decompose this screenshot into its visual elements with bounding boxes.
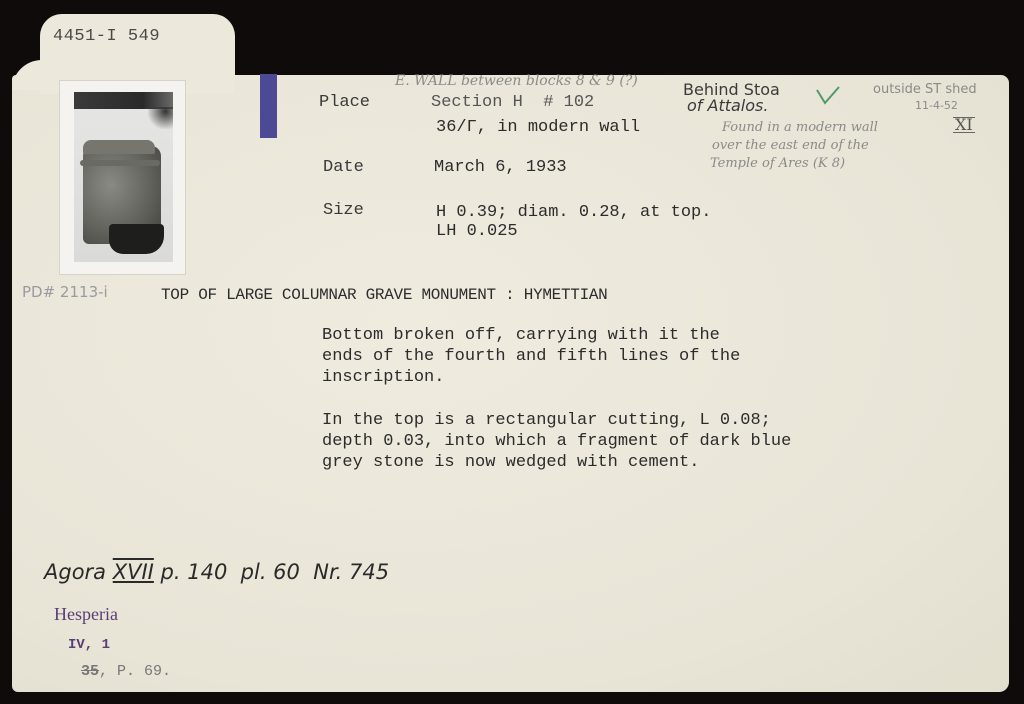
hesperia-number: 35 <box>81 663 99 680</box>
photo-stone-top <box>83 140 155 154</box>
agora-prefix: Agora <box>44 560 113 584</box>
hesperia-stamp: Hesperia <box>54 604 118 625</box>
hesperia-volume: IV, 1 <box>68 637 110 653</box>
agora-suffix: p. 140 pl. 60 Nr. 745 <box>154 560 389 584</box>
description-line-2: ends of the fourth and fifth lines of th… <box>322 346 740 367</box>
object-photo <box>59 80 186 275</box>
photo-image <box>74 92 173 262</box>
card-tab-shoulder <box>12 60 52 90</box>
photo-stone-rim <box>80 160 160 166</box>
annotation-east-wall: E. WALL between blocks 8 & 9 (?) <box>395 73 638 89</box>
place-label: Place <box>319 92 370 113</box>
photo-stone-base <box>109 224 164 254</box>
annotation-outside-shed: outside ST shed <box>873 82 977 97</box>
blue-marker-tab <box>260 74 277 138</box>
agora-volume: XVII <box>113 560 154 584</box>
description2-line-3: grey stone is now wedged with cement. <box>322 452 699 473</box>
hesperia-page-ref: , P. 69. <box>99 663 171 680</box>
place-value-2: 36/Γ, in modern wall <box>436 117 640 138</box>
annotation-shed-date: 11-4-52 <box>915 99 958 112</box>
date-label: Date <box>323 157 364 178</box>
size-label: Size <box>323 200 364 221</box>
annotation-photo-id: PD# 2113-i <box>22 283 108 301</box>
date-value: March 6, 1933 <box>434 157 567 178</box>
annotation-found-1: Found in a modern wall <box>722 120 878 135</box>
check-mark-icon <box>815 84 841 106</box>
agora-reference: Agora XVII p. 140 pl. 60 Nr. 745 <box>44 560 389 584</box>
description2-line-2: depth 0.03, into which a fragment of dar… <box>322 431 791 452</box>
description-line-3: inscription. <box>322 367 444 388</box>
place-value-1: Section H # 102 <box>431 92 594 113</box>
object-title: TOP OF LARGE COLUMNAR GRAVE MONUMENT : H… <box>161 285 607 306</box>
hesperia-page: 35, P. 69. <box>81 663 171 680</box>
size-value-2: LH 0.025 <box>436 221 518 242</box>
accession-number: 4451-I 549 <box>53 27 160 46</box>
annotation-behind-stoa-2: of Attalos. <box>687 96 768 115</box>
description2-line-1: In the top is a rectangular cutting, L 0… <box>322 410 771 431</box>
roman-numeral-box: XI <box>953 117 975 133</box>
description-line-1: Bottom broken off, carrying with it the <box>322 325 720 346</box>
annotation-found-2: over the east end of the <box>712 138 869 153</box>
photo-shadow <box>148 107 173 129</box>
annotation-found-3: Temple of Ares (K 8) <box>710 156 845 171</box>
size-value-1: H 0.39; diam. 0.28, at top. <box>436 202 711 223</box>
